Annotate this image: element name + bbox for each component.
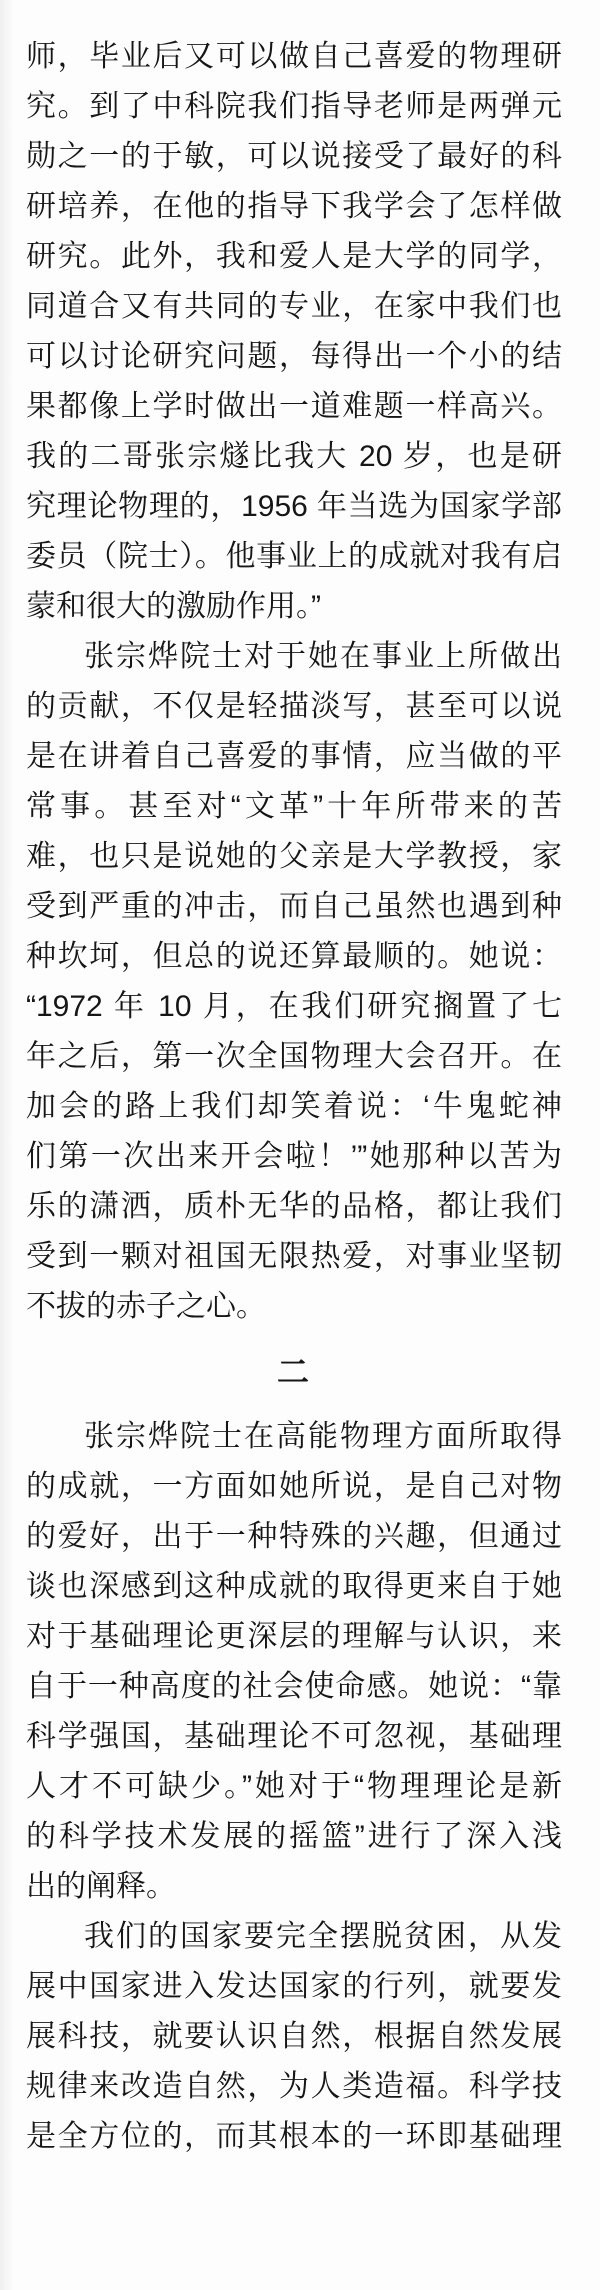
text-line: 可以讨论研究问题，每得出一个小的结 [26,332,562,382]
text-line: 展科技，就要认识自然，根据自然发展的 [26,2012,562,2062]
text-line: 勋之一的于敏，可以说接受了最好的科 [26,132,562,182]
text-line: 们第一次出来开会啦！’”她那种以苦为 [26,1132,562,1182]
text-line: 我们的国家要完全摆脱贫困，从发 [26,1912,562,1962]
text-line: 不拔的赤子之心。 [26,1282,562,1332]
text-line: 出的阐释。 [26,1862,562,1912]
text-line: 研培养，在他的指导下我学会了怎样做 [26,182,562,232]
paragraph: 我们的国家要完全摆脱贫困，从发展中国家进入发达国家的行列，就要发展科技，就要认识… [26,1912,562,2162]
text-line: 的贡献，不仅是轻描淡写，甚至可以说只 [26,682,562,732]
scanned-page: 师，毕业后又可以做自己喜爱的物理研究。到了中科院我们指导老师是两弹元勋之一的于敏… [0,0,600,2290]
text-line: 是全方位的，而其根本的一环即基础理 [26,2112,562,2162]
text-line: 受到严重的冲击，而自己虽然也遇到种 [26,882,562,932]
text-line: 常事。甚至对“文革”十年所带来的苦 [26,782,562,832]
text-line: 种坎坷，但总的说还算最顺的。她说： [26,932,562,982]
text-line: 规律来改造自然，为人类造福。科学技术 [26,2062,562,2112]
text-line: 我的二哥张宗燧比我大 20 岁，也是研 [26,432,562,482]
text-line: 难，也只是说她的父亲是大学教授，家庭 [26,832,562,882]
text-line: 科学强国，基础理论不可忽视，基础理论 [26,1712,562,1762]
paragraph: 师，毕业后又可以做自己喜爱的物理研究。到了中科院我们指导老师是两弹元勋之一的于敏… [26,32,562,632]
paragraph: 张宗烨院士对于她在事业上所做出的贡献，不仅是轻描淡写，甚至可以说只是在讲着自己喜… [26,632,562,1332]
text-line: 的科学技术发展的摇篮”进行了深入浅 [26,1812,562,1862]
text-line: 自于一种高度的社会使命感。她说：“靠 [26,1662,562,1712]
text-line: 研究。此外，我和爱人是大学的同学，志 [26,232,562,282]
text-line: 加会的路上我们却笑着说：‘牛鬼蛇神 [26,1082,562,1132]
text-line: 同道合又有共同的专业，在家中我们也 [26,282,562,332]
text-line: 委员（院士）。他事业上的成就对我有启 [26,532,562,582]
text-line: “1972 年 10 月，在我们研究搁置了七 [26,982,562,1032]
text-line: 对于基础理论更深层的理解与认识，来 [26,1612,562,1662]
text-line: 究理论物理的，1956 年当选为国家学部 [26,482,562,532]
text-line: 究。到了中科院我们指导老师是两弹元 [26,82,562,132]
text-column: 师，毕业后又可以做自己喜爱的物理研究。到了中科院我们指导老师是两弹元勋之一的于敏… [26,32,562,2162]
text-line: 乐的潇洒，质朴无华的品格，都让我们感 [26,1182,562,1232]
paragraph: 张宗烨院士在高能物理方面所取得的成就，一方面如她所说，是自己对物理的爱好，出于一… [26,1412,562,1912]
text-line: 人才不可缺少。”她对于“物理理论是新 [26,1762,562,1812]
text-line: 张宗烨院士在高能物理方面所取得 [26,1412,562,1462]
text-line: 蒙和很大的激励作用。” [26,582,562,632]
text-line: 师，毕业后又可以做自己喜爱的物理研 [26,32,562,82]
text-line: 年之后，第一次全国物理大会召开。在参 [26,1032,562,1082]
text-line: 张宗烨院士对于她在事业上所做出 [26,632,562,682]
text-line: 果都像上学时做出一道难题一样高兴。 [26,382,562,432]
text-line: 的成就，一方面如她所说，是自己对物理 [26,1462,562,1512]
text-line: 是在讲着自己喜爱的事情，应当做的平 [26,732,562,782]
text-line: 的爱好，出于一种特殊的兴趣，但通过交 [26,1512,562,1562]
section-heading: 二 [26,1332,562,1412]
text-line: 谈也深感到这种成就的取得更来自于她 [26,1562,562,1612]
text-line: 展中国家进入发达国家的行列，就要发 [26,1962,562,2012]
text-line: 受到一颗对祖国无限热爱，对事业坚韧 [26,1232,562,1282]
